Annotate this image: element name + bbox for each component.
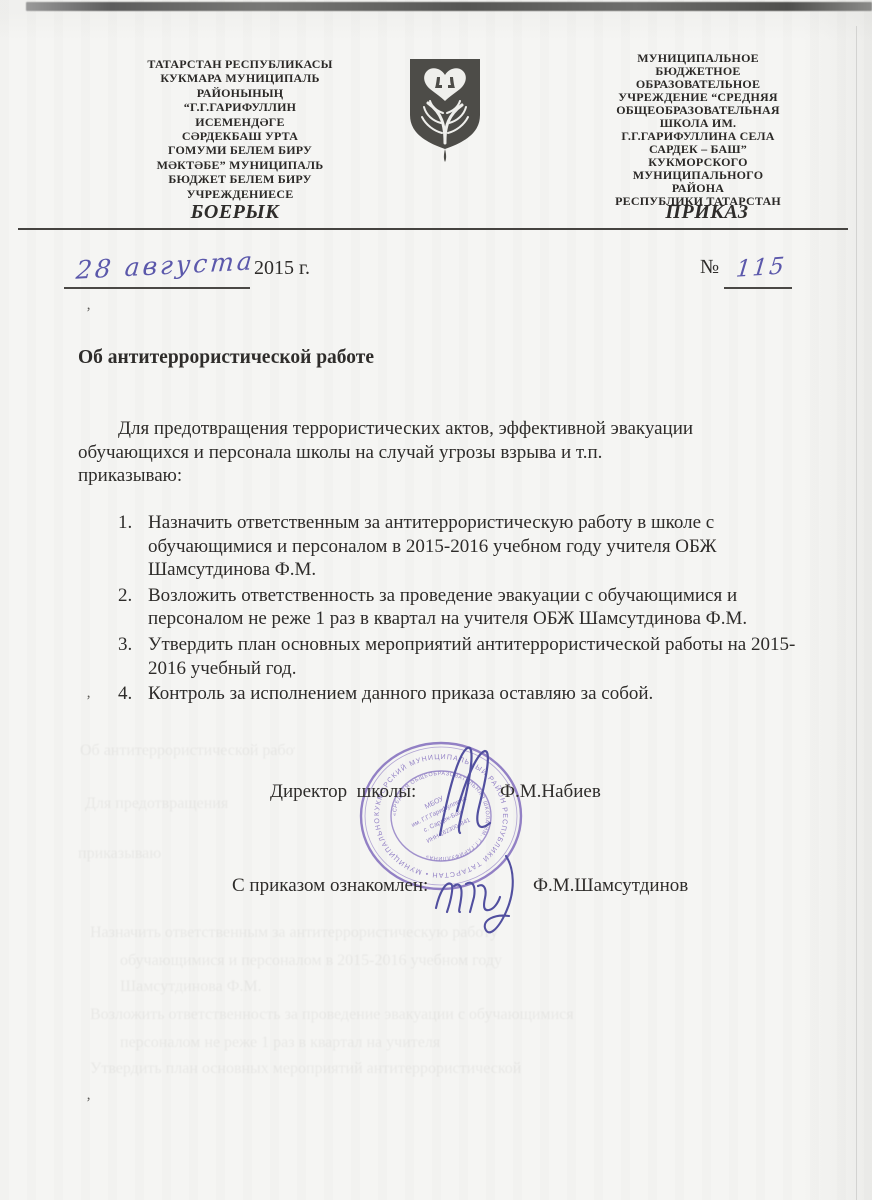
letterhead-line: УЧРЕЖДЕНИЕСЕ xyxy=(108,187,372,201)
letterhead-tatar: ТАТАРСТАН РЕСПУБЛИКАСЫ КУКМАРА МУНИЦИПАЛ… xyxy=(108,57,372,201)
item-text: Назначить ответственным за антитеррорист… xyxy=(148,511,838,582)
letterhead-russian: МУНИЦИПАЛЬНОЕ БЮДЖЕТНОЕ ОБРАЗОВАТЕЛЬНОЕ … xyxy=(553,52,843,208)
coat-of-arms-icon xyxy=(404,55,486,163)
scan-speck: ’ xyxy=(86,1098,91,1108)
item-line: Утвердить план основных мероприятий анти… xyxy=(148,633,838,657)
item-text: Контроль за исполнением данного приказа … xyxy=(148,682,838,706)
ghost-line: Возложить ответственность за проведение … xyxy=(90,1006,650,1024)
scan-artifact-right-edge xyxy=(856,26,857,1200)
doc-type-tatar: БОЕРЫК xyxy=(180,201,290,224)
item-line: Контроль за исполнением данного приказа … xyxy=(148,682,838,706)
directives-list: 1. Назначить ответственным за антитеррор… xyxy=(118,511,838,708)
paragraph-line: обучающихся и персонала школы на случай … xyxy=(78,441,788,465)
scan-speck: ’ xyxy=(86,696,91,706)
ghost-line: персоналом не реже 1 раз в квартал на уч… xyxy=(120,1034,550,1052)
item-line: персоналом не реже 1 раз в квартал на уч… xyxy=(148,607,838,631)
date-underline xyxy=(64,287,250,289)
item-line: Назначить ответственным за антитеррорист… xyxy=(148,511,838,535)
letterhead-line: МӘКТӘБЕ” МУНИЦИПАЛЬ xyxy=(108,158,372,172)
ghost-line: Об антитеррористической работе xyxy=(80,742,295,760)
item-line: 2016 учебный год. xyxy=(148,657,838,681)
list-item: 4. Контроль за исполнением данного прика… xyxy=(118,682,838,706)
ghost-line: Утвердить план основных мероприятий анти… xyxy=(90,1060,560,1078)
letterhead-line: “Г.Г.ГАРИФУЛЛИН xyxy=(108,100,372,114)
year-label: 2015 г. xyxy=(254,257,310,280)
number-underline xyxy=(724,287,792,289)
doc-type-russian: ПРИКАЗ xyxy=(648,201,766,224)
ghost-line: Для предотвращения xyxy=(85,795,235,813)
item-text: Утвердить план основных мероприятий анти… xyxy=(148,633,838,680)
letterhead-line: КУКМАРА МУНИЦИПАЛЬ xyxy=(108,71,372,85)
list-item: 2. Возложить ответственность за проведен… xyxy=(118,584,838,631)
number-sign: № xyxy=(700,256,719,279)
ghost-line: Шамсутдинова Ф.М. xyxy=(120,978,295,996)
ghost-line: обучающимися и персоналом в 2015-2016 уч… xyxy=(120,952,590,970)
preamble-paragraph: Для предотвращения террористических акто… xyxy=(78,417,788,488)
item-line: обучающимися и персоналом в 2015-2016 уч… xyxy=(148,535,838,559)
item-text: Возложить ответственность за проведение … xyxy=(148,584,838,631)
director-label: Директор школы: xyxy=(270,781,416,803)
item-line: Возложить ответственность за проведение … xyxy=(148,584,838,608)
letterhead-line: СӘРДЕКБАШ УРТА xyxy=(108,129,372,143)
acknowledged-signature xyxy=(428,852,538,942)
ghost-line: приказываю xyxy=(78,845,243,863)
item-number: 3. xyxy=(118,633,148,680)
item-number: 1. xyxy=(118,511,148,582)
acknowledged-label: С приказом ознакомлен: xyxy=(232,875,428,897)
letterhead-line: ИСЕМЕНДӘГЕ xyxy=(108,115,372,129)
item-number: 4. xyxy=(118,682,148,706)
handwritten-date: 28 августа xyxy=(75,246,256,285)
director-signature xyxy=(424,741,504,841)
item-line: Шамсутдинова Ф.М. xyxy=(148,558,838,582)
acknowledged-name: Ф.М.Шамсутдинов xyxy=(533,875,688,897)
letterhead-line: ТАТАРСТАН РЕСПУБЛИКАСЫ xyxy=(108,57,372,71)
director-name: Ф.М.Набиев xyxy=(500,781,601,803)
order-title: Об антитеррористической работе xyxy=(78,347,374,369)
paragraph-line: приказываю: xyxy=(78,464,788,488)
letterhead-line: РАЙОНЫНЫҢ xyxy=(108,86,372,100)
scan-artifact-top-band xyxy=(26,2,872,11)
paragraph-line: Для предотвращения террористических акто… xyxy=(78,417,788,441)
letterhead-line: ГОМУМИ БЕЛЕМ БИРУ xyxy=(108,143,372,157)
item-number: 2. xyxy=(118,584,148,631)
header-rule xyxy=(18,228,848,230)
list-item: 3. Утвердить план основных мероприятий а… xyxy=(118,633,838,680)
scan-speck: ’ xyxy=(86,308,91,318)
list-item: 1. Назначить ответственным за антитеррор… xyxy=(118,511,838,582)
letterhead-line: БЮДЖЕТ БЕЛЕМ БИРУ xyxy=(108,172,372,186)
handwritten-number: 115 xyxy=(735,253,788,283)
scanned-order-document: Об антитеррористической работе Для предо… xyxy=(0,0,872,1200)
